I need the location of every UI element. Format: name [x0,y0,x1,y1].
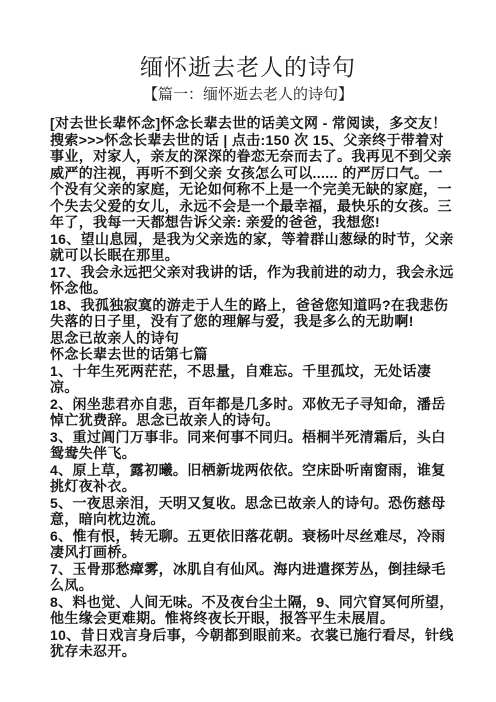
body-paragraph: 1、十年生死两茫茫，不思量，自难忘。千里孤坟，无处话凄凉。 [50,363,454,396]
body-paragraph: 思念已故亲人的诗句 [50,330,454,347]
document-page: 缅怀逝去老人的诗句 【篇一：缅怀逝去老人的诗句】 [对去世长辈怀念]怀念长辈去世… [0,0,496,702]
body-paragraph: 10、昔日戏言身后事，今朝都到眼前来。衣裳已施行看尽，针线犹存未忍开。 [50,627,454,660]
body-paragraph: 4、原上草，露初曦。旧栖新垅两依依。空床卧听南窗雨，谁复挑灯夜补衣。 [50,462,454,495]
body-paragraph: 17、我会永远把父亲对我讲的话，作为我前进的动力，我会永远怀念他。 [50,264,454,297]
page-title: 缅怀逝去老人的诗句 [0,54,496,82]
body-paragraph: 16、望山息园，是我为父亲选的家，等着群山葱绿的时节，父亲就可以长眠在那里。 [50,231,454,264]
body-paragraph: 18、我孤独寂寞的游走于人生的路上，爸爸您知道吗?在我悲伤失落的日子里，没有了您… [50,297,454,330]
body-paragraph: 5、一夜思亲泪，天明又复收。思念已故亲人的诗句。恐伤慈母意，暗向枕边流。 [50,495,454,528]
page-subtitle: 【篇一：缅怀逝去老人的诗句】 [0,86,496,104]
body-paragraph: 怀念长辈去世的话第七篇 [50,346,454,363]
body-paragraph: 6、惟有恨，转无聊。五更依旧落花朝。衰杨叶尽丝难尽，冷雨凄风打画桥。 [50,528,454,561]
document-body: [对去世长辈怀念]怀念长辈去世的话美文网 - 常阅读，多交友！搜索>>>怀念长辈… [50,115,454,660]
body-paragraph: 3、重过阊门万事非。同来何事不同归。梧桐半死清霜后，头白鸳鸯失伴飞。 [50,429,454,462]
body-paragraph: 2、闲坐悲君亦自悲，百年都是几多时。邓攸无子寻知命，潘岳悼亡犹费辞。思念已故亲人… [50,396,454,429]
body-paragraph: 7、玉骨那愁瘴雾，冰肌自有仙风。海内进遣探芳丛，倒挂绿毛么凤。 [50,561,454,594]
body-paragraph: 8、料也觉、人间无味。不及夜台尘土隔，9、同穴窅冥何所望，他生缘会更难期。惟将终… [50,594,454,627]
body-paragraph: [对去世长辈怀念]怀念长辈去世的话美文网 - 常阅读，多交友！搜索>>>怀念长辈… [50,115,454,231]
